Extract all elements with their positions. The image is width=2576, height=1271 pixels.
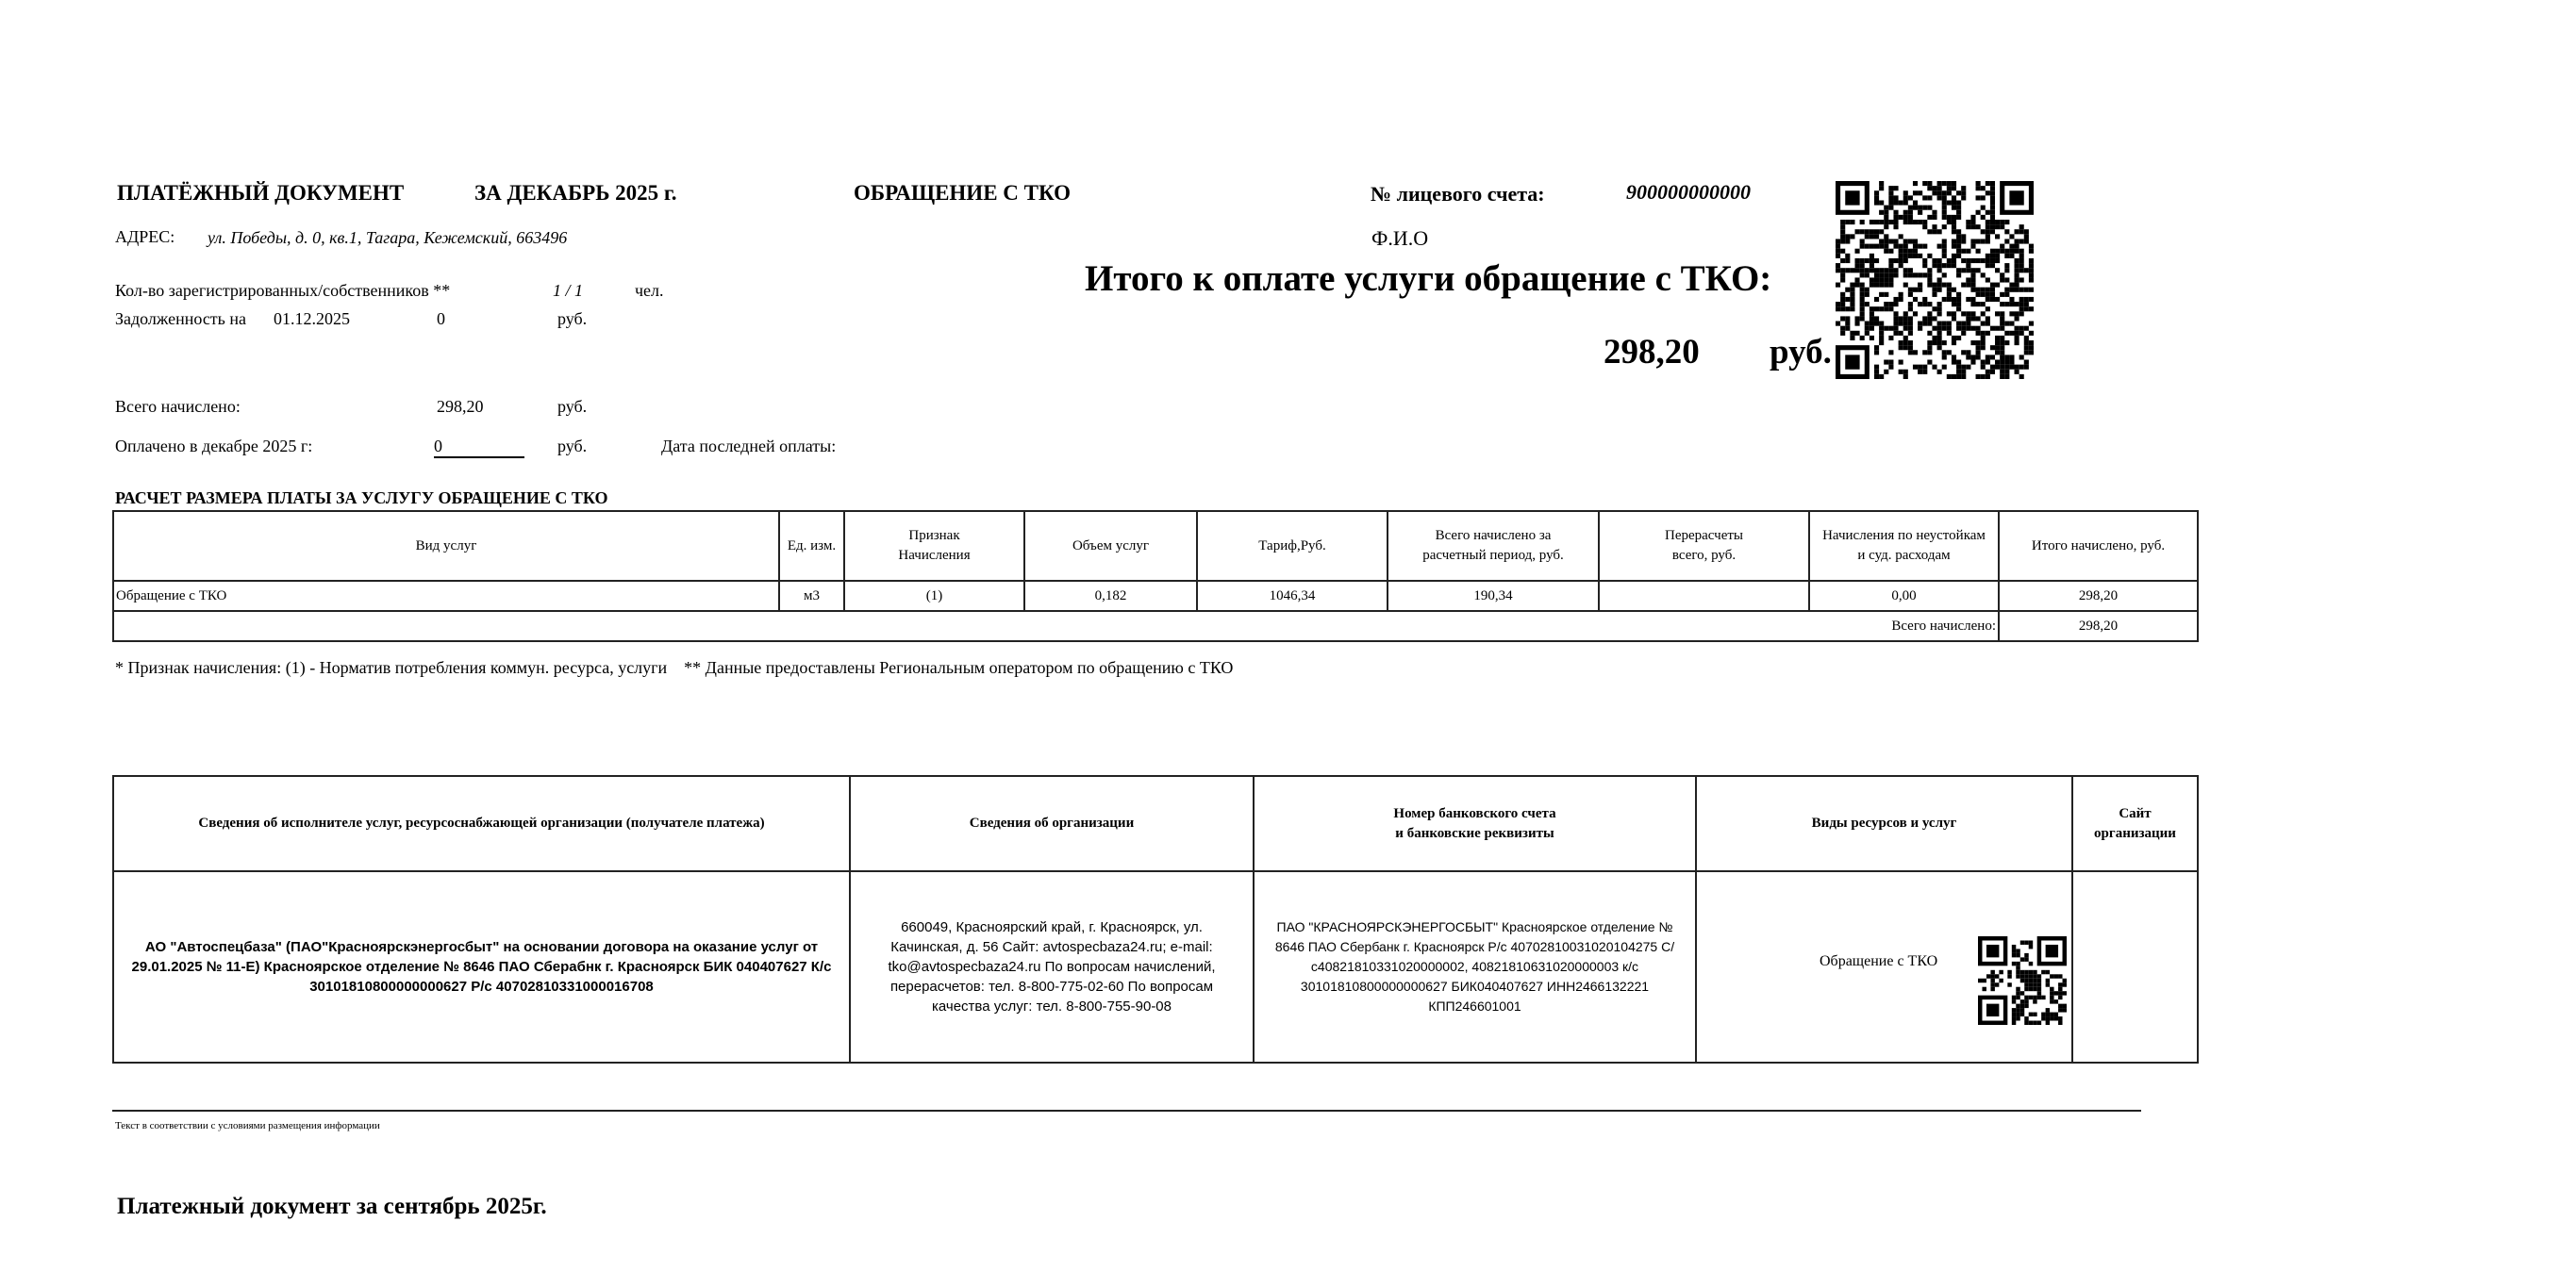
cell-unit: м3 [779,581,844,611]
col-header-period-total: Всего начислено за расчетный период, руб… [1388,511,1599,581]
calc-header-row: Вид услуг Ед. изм. Признак Начисления Об… [113,511,2198,581]
footnote: * Признак начисления: (1) - Норматив пот… [115,658,1233,678]
col-header-tariff: Тариф,Руб. [1197,511,1388,581]
paid-value: 0 [434,437,524,458]
cell-site [2072,871,2198,1063]
paid-unit: руб. [557,437,587,456]
calc-total-value: 298,20 [1999,611,2198,641]
cell-penalties: 0,00 [1809,581,1999,611]
account-label: № лицевого счета: [1371,182,1545,206]
col-header-org-info: Сведения об организации [850,776,1254,871]
payer-name: Ф.И.О [1371,226,1428,251]
calc-table: Вид услуг Ед. изм. Признак Начисления Об… [112,510,2199,642]
total-amount: 298,20 [1604,332,1700,372]
col-header-service: Вид услуг [113,511,779,581]
doc-title: ПЛАТЁЖНЫЙ ДОКУМЕНТ [117,181,404,206]
calc-total-row: Всего начислено: 298,20 [113,611,2198,641]
table-row: Обращение с ТКО м3 (1) 0,182 1046,34 190… [113,581,2198,611]
calc-total-label: Всего начислено: [113,611,1999,641]
col-header-bank: Номер банковского счета и банковские рек… [1254,776,1696,871]
cell-period-total: 190,34 [1388,581,1599,611]
service-qr-icon [1978,936,2067,1025]
cell-service: Обращение с ТКО [113,581,779,611]
payment-qr-icon [1836,181,2034,379]
resource-name: Обращение с ТКО [1820,953,1937,970]
cell-resources: Обращение с ТКО [1696,871,2072,1063]
col-header-site: Сайт организации [2072,776,2198,871]
address-value: ул. Победы, д. 0, кв.1, Тагара, Кежемски… [208,228,567,248]
charged-value: 298,20 [437,397,484,417]
cell-total: 298,20 [1999,581,2198,611]
registered-label: Кол-во зарегистрированных/собственников … [115,281,450,301]
col-header-unit: Ед. изм. [779,511,844,581]
cell-org-info: 660049, Красноярский край, г. Красноярск… [850,871,1254,1063]
last-payment-label: Дата последней оплаты: [661,437,836,456]
address-label: АДРЕС: [115,227,175,247]
col-header-sign: Признак Начисления [844,511,1024,581]
total-label: Итого к оплате услуги обращение с ТКО: [1085,257,1771,300]
cell-recalc [1599,581,1809,611]
col-header-recalc: Перерасчеты всего, руб. [1599,511,1809,581]
col-header-total: Итого начислено, руб. [1999,511,2198,581]
cell-executor: АО "Автоспецбаза" (ПАО"Красноярскэнергос… [113,871,850,1063]
org-table: Сведения об исполнителе услуг, ресурсосн… [112,775,2199,1064]
total-unit: руб. [1770,332,1832,372]
calc-table-title: РАСЧЕТ РАЗМЕРА ПЛАТЫ ЗА УСЛУГУ ОБРАЩЕНИЕ… [115,488,608,508]
doc-period: ЗА ДЕКАБРЬ 2025 г. [474,181,677,206]
charged-label: Всего начислено: [115,397,241,417]
cell-sign: (1) [844,581,1024,611]
next-doc-title: Платежный документ за сентябрь 2025г. [117,1194,547,1220]
col-header-executor: Сведения об исполнителе услуг, ресурсосн… [113,776,850,871]
cell-tariff: 1046,34 [1197,581,1388,611]
cell-bank-details: ПАО "КРАСНОЯРСКЭНЕРГОСБЫТ" Красноярское … [1254,871,1696,1063]
doc-service: ОБРАЩЕНИЕ С ТКО [854,181,1071,206]
col-header-penalties: Начисления по неустойкам и суд. расходам [1809,511,1999,581]
cell-volume: 0,182 [1024,581,1197,611]
org-header-row: Сведения об исполнителе услуг, ресурсосн… [113,776,2198,871]
paid-label: Оплачено в декабре 2025 г: [115,437,312,456]
table-row: АО "Автоспецбаза" (ПАО"Красноярскэнергос… [113,871,2198,1063]
registered-value: 1 / 1 [553,281,583,301]
debt-label: Задолженность на [115,309,246,329]
account-number: 900000000000 [1626,180,1751,205]
registered-unit: чел. [635,281,664,301]
disclaimer: Текст в соответствии с условиями размеще… [115,1120,380,1131]
col-header-resources: Виды ресурсов и услуг [1696,776,2072,871]
debt-value: 0 [437,309,445,329]
section-divider [112,1110,2141,1112]
debt-unit: руб. [557,309,587,329]
col-header-volume: Объем услуг [1024,511,1197,581]
paid-value-field: 0 [434,437,524,458]
charged-unit: руб. [557,397,587,417]
debt-date: 01.12.2025 [274,309,350,329]
